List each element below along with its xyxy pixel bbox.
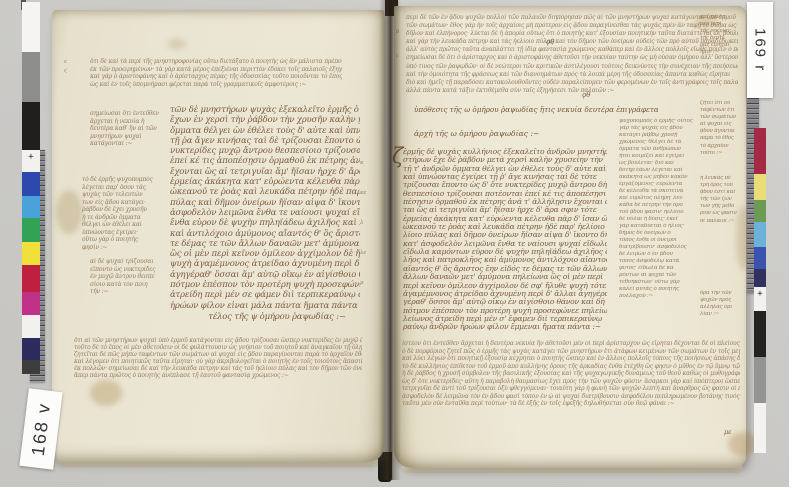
left-folio-text: 168 v: [27, 401, 54, 457]
manuscript-line: τῶν σωμάτων: [700, 114, 744, 121]
left-page-168v: εϛ ὅτι δὲ καὶ τὰ περὶ τῆς μνηστηροφονίας…: [52, 10, 384, 462]
manuscript-line: ᾅδου ἐστὶ καὶ: [700, 189, 744, 196]
manuscript-line: ἀσφοδελὸν δὲ λειμῶνα τὸν ἐν ᾅδου φασὶ τό…: [402, 393, 740, 401]
manuscript-line: ταφέντων ἔτι: [700, 107, 744, 114]
digitized-manuscript-photo: εϛ ὅτι δὲ καὶ τὰ περὶ τῆς μνηστηροφονίας…: [0, 0, 800, 498]
commentary-column: ψυχοπομπὸς ὁ ἑρμῆς· οὗτοςγὰρ τὰς ψυχὰς ε…: [619, 118, 693, 338]
manuscript-line: ὠκεανοῦ τε ῥοὰς καὶ λευκάδα πέτρην ἠδὲ π…: [170, 187, 360, 197]
manuscript-line: ὡς βούλεται· διὸ καὶ: [619, 160, 693, 167]
manuscript-line: τρίζουσαι ἕποντο ὡς δ' ὅτε νυκτερίδες μυ…: [403, 181, 607, 189]
margin-scholia-c: ὅρα τὴν τῶνψυχῶν πρὸςἀλλήλας ὁμιλίαν :~: [700, 290, 744, 320]
manuscript-line: ζητεῖται δὲ πῶς μήπω ταφέντων τῶν σωμάτω…: [74, 351, 362, 358]
manuscript-line: αἱ δὲ ψυχαὶ τρίζουσαι: [90, 258, 176, 266]
manuscript-line: τε δέμας τε τῶν ἄλλων δαναῶν μετ' ἀμύμον…: [170, 239, 360, 249]
manuscript-line: τήν :~: [90, 288, 176, 296]
manuscript-line: τῆς τῶν ζών: [700, 196, 744, 203]
manuscript-line: κ: [360, 148, 374, 178]
manuscript-line: κατ' ἀσφοδελὸν λειμῶνα ἔνθα τε ναίουσι ψ…: [403, 240, 607, 248]
calibration-patch-cyan: [22, 196, 40, 218]
manuscript-line: τῶν δὲ μνηστήρων ψυχὰς ἐξεκαλεῖτο ἑρμῆς …: [170, 105, 360, 115]
manuscript-line: ἀλλήλας ὁμι: [700, 304, 744, 311]
calibration-patch-gray: [754, 357, 766, 403]
right-page-169r: δε περὶ δὲ τῶν ἐν ᾅδου ψυχῶν πολλοὶ τῶν …: [394, 6, 746, 468]
manuscript-line: δὲ πύλαι ἡ δύσις· ἐκεῖ: [619, 216, 693, 223]
manuscript-line: δῆμος δὲ ὀνείρων ὁ: [619, 230, 693, 237]
manuscript-line: ὅτι δὲ καὶ τὰ περὶ τῆς μνηστηροφονίας οὕ…: [90, 58, 342, 66]
manuscript-line: λῆος καὶ πατροκλῆος καὶ ἀμύμονος ἀντιλόχ…: [403, 256, 607, 264]
manuscript-line: ὁ δὲ πορφύριος ζητεῖ πῶς ὁ ἑρμῆς τὰς ψυχ…: [402, 348, 740, 356]
manuscript-line: μὲν περὶ: [700, 21, 744, 28]
manuscript-line: ἄρχεται ἡ νεκυία ἡ: [90, 118, 176, 126]
stain: [90, 380, 122, 406]
calibration-patch-red: [754, 128, 766, 174]
left-color-calibration-strip: +: [22, 2, 40, 374]
stain: [56, 190, 82, 234]
manuscript-line: λέγεται παρ' ὅσον τὰς: [82, 184, 168, 192]
manuscript-line: εἴδωλα καμόντων εὗρον δὲ ψυχὴν πηληϊάδεω…: [403, 248, 607, 256]
calibration-patch-blue: [22, 172, 40, 196]
manuscript-line: ὄμματα θέλγει ὧν ἐθέλει τοὺς δ' αὖτε καὶ…: [170, 126, 360, 136]
margin-scholia-e: καὶ ταῦταμὲν περὶτῆς νεκυίαςτῆς δευτέρας…: [700, 14, 744, 58]
manuscript-line: δοτὴρ ἐάων λέγεται καὶ: [619, 167, 693, 174]
manuscript-line: ὅρα τὴν τῶν: [700, 290, 744, 297]
right-folio-label: 169 r: [747, 2, 773, 98]
manuscript-line: δὲ κέλευθα τὰ σκοτεινὰ: [619, 188, 693, 195]
manuscript-line: τρη ὅρος τοῦ: [700, 182, 744, 189]
right-folio-text: 169 r: [752, 28, 769, 72]
manuscript-line: ψυχὰς τῶν τελευτών: [82, 191, 168, 199]
manuscript-line: ἤτοι κοιμίζει καὶ ἐγείρει: [619, 153, 693, 160]
manuscript-line: σημείωσαι δὲ ὅτι ὁ ἀρίσταρχος καὶ ὁ ἀρισ…: [406, 54, 738, 62]
manuscript-line: εἵποντο ὡς νυκτερίδες: [90, 266, 176, 274]
manuscript-line: καὶ ἀντιλόχοιο ἀμύμονος αἴαντός θ' ὃς ἄρ…: [170, 229, 360, 239]
manuscript-line: γέραθ' ὅσσοι ἅμ' αὐτῷ οἴκῳ ἐν αἰγίσθοιο …: [403, 298, 607, 306]
manuscript-line: θέλγει ὧν ἐθέλει καὶ: [82, 221, 168, 229]
calibration-patch-gray: [22, 52, 40, 102]
manuscript-line: ζήτει ὅτι οὐ: [700, 100, 744, 107]
margin-scholia-b: τὸ δὲ ἑρμῆς ψυχοπομπὸςλέγεται παρ' ὅσον …: [82, 176, 168, 250]
manuscript-line: μνηστήρων ψυχαὶ: [90, 133, 176, 141]
manuscript-line: ὡς δ' ὅτε νυκτερίδες· αὕτη ἡ παραβολὴ θα…: [402, 378, 740, 386]
manuscript-line: λε: [360, 238, 374, 268]
manuscript-line: ἑρμείας ἀκάκητα κατ' εὐρώεντα κέλευθα πὰ…: [403, 215, 607, 223]
quire-mark: με: [724, 428, 740, 436]
manuscript-line: αἱ ψυχαὶ εἰς: [700, 121, 744, 128]
manuscript-line: τόπος ἀσφοδέλῳ κατά: [619, 258, 693, 265]
manuscript-line: μόντων αἱ ψυχαὶ τῶν: [619, 272, 693, 279]
manuscript-line: ᾅδου ἄγονται: [700, 128, 744, 135]
manuscript-line: ἡμῖν :~: [700, 49, 744, 56]
manuscript-line: καὶ ταῦτα: [700, 14, 744, 21]
manuscript-line: φυτος· εἴδωλα δὲ κα: [619, 265, 693, 272]
manuscript-line: ριον ὥς φασιν: [700, 210, 744, 217]
manuscript-line: ἐκ πολλῶν· σημείωσαι δὲ καὶ τὴν λευκάδα …: [74, 365, 362, 372]
calibration-patch-navy: [754, 269, 766, 287]
manuscript-line: διὸ καὶ ἡμεῖς τῇ παραδόσει κατακολουθοῦν…: [406, 79, 738, 87]
manuscript-line: τῇ τ' ἀνδρῶν ὄμματα θέλγει ὧν ἐθέλει τοὺ…: [403, 165, 607, 173]
manuscript-line: τὸ δὲ κυλλήνιος ἐπίθετον τοῦ ἑρμοῦ ἀπὸ κ…: [402, 363, 740, 371]
calibration-patch-red: [22, 265, 40, 292]
manuscript-line: ἡρώων φίλον εἶναι μάλα πάντα ἤματα πάντα…: [170, 301, 360, 311]
top-scholia-block: ὅτι δὲ καὶ τὰ περὶ τῆς μνηστηροφονίας οὕ…: [90, 58, 342, 89]
manuscript-line: καὶ γὰρ τὴν λευκάδα πέτρην καὶ τὰς ἠελίο…: [406, 38, 738, 46]
manuscript-line: λείωνος ἀτρείδη περὶ μέν σ' ἔφαμεν διὶ τ…: [403, 315, 607, 323]
paragraph-marks: εϛ: [64, 58, 74, 76]
manuscript-line: ὑπό τινος τῶν ῥαψῳδῶν· οἱ δὲ νεώτεροι τῶ…: [406, 63, 738, 71]
manuscript-line: ὅτι αἱ τῶν μνηστήρων ψυχαὶ ὑπὸ ἑρμοῦ κατ…: [74, 337, 362, 344]
calibration-patch-cyan: [754, 222, 766, 247]
manuscript-line: καὶ γὰρ ὁ ἀριστοφάνης καὶ ὁ ἀρίσταρχος π…: [90, 73, 342, 81]
manuscript-line: καὶ λύει λέγων ὅτι ποιητικῇ ἐξουσίᾳ κέχρ…: [402, 355, 740, 363]
manuscript-line: ὣς οἱ μὲν περὶ κεῖνον ὁμίλεον ἀγχίμολον …: [170, 249, 360, 259]
manuscript-line: καὶ ὑπνώοντας ἐγείρει τῇ ῥ' ἄγε κινήσας …: [403, 173, 607, 181]
manuscript-line: ὠκεανοῦ τε ῥοὰς καὶ λευκάδα πέτρην ἠδὲ π…: [403, 223, 607, 231]
main-text-block: ἑρμῆς δὲ ψυχὰς κυλλήνιος ἐξεκαλεῖτο ἀνδρ…: [403, 148, 607, 332]
manuscript-line: πολλαχοῦ :~: [619, 293, 693, 300]
manuscript-line: καὶ τὴν ὁμοιότητα τῆς φράσεως καὶ τῶν δι…: [406, 71, 738, 79]
manuscript-line: σημείωσαι ὅτι ἐντεῦθεν: [90, 110, 176, 118]
manuscript-line: ἐπεί κέ τις ἀποπέσῃσιν ὁρμαθοῦ ἐκ πέτρης…: [170, 156, 360, 166]
top-scholia-block: περὶ δὲ τῶν ἐν ᾅδου ψυχῶν πολλοὶ τῶν παλ…: [406, 14, 738, 96]
closing-line: τέλος τῆς ψ ὁμήρου ῥαψωδίας :~: [202, 312, 352, 324]
manuscript-line: ᾗ τε ἀνδρῶν ὄμματα: [82, 214, 168, 222]
inner-margin-marks: κκελλεμ: [360, 148, 374, 303]
manuscript-line: ται ὣς αἱ τετριγυῖαι ἅμ' ἤϊσαν ἦρχε δ' ἄ…: [403, 206, 607, 214]
manuscript-line: ὄμματα τῶν ἀνθρώπων: [619, 146, 693, 153]
manuscript-line: τόπος ἔνθα οἱ ὄνειροι: [619, 237, 693, 244]
manuscript-line: τὸ δὲ ἑρμῆς ψυχοπομπὸς: [82, 176, 168, 184]
bottom-scholia-block: ἰστέον ὅτι ἐντεῦθεν ἄρχεται ἡ δευτέρα νε…: [402, 340, 740, 408]
manuscript-line: ῥάβδον δὲ ἔχει χρυσῆν: [82, 206, 168, 214]
manuscript-line: πέσῃσιν ὁρμαθοῦ ἐκ πέτρης ἀνά τ' ἀλλήλῃσ…: [403, 198, 607, 206]
manuscript-line: περὶ δὲ τῶν ἐν ᾅδου ψυχῶν πολλοὶ τῶν παλ…: [406, 14, 738, 22]
manuscript-line: πότμον ἐπέσπον τὸν προτέρη ψυχὴ προσεφών…: [403, 307, 607, 315]
folio-number-ornament: ϙθ: [546, 38, 554, 46]
manuscript-line: θεσπεσίοιο τρίζουσαι ποτέονται ἐπεί κέ τ…: [403, 190, 607, 198]
manuscript-line: ἑρμείας ἀκάκητα κατ' εὐρώεντα κέλευθα πὰ…: [170, 177, 360, 187]
manuscript-line: κε: [360, 178, 374, 208]
manuscript-line: ἐν μυχῷ ἄντρου θεσπε: [90, 273, 176, 281]
manuscript-line: τεθνηκότων· οὕτω γὰρ: [619, 279, 693, 286]
manuscript-line: τῇ ῥα ἄγεν κινήσας ταὶ δὲ τρίζουσαι ἕπον…: [170, 136, 360, 146]
manuscript-line: ἀγαμέμνονος ἀτρείδαο ἀχνυμένη περὶ δ' ἄλ…: [403, 290, 607, 298]
margin-scholia-a: σημείωσαι ὅτι ἐντεῦθενἄρχεται ἡ νεκυία ἡ…: [90, 110, 176, 148]
calibration-patch-dark-gray: [22, 360, 40, 374]
manuscript-line: λίαν :~: [700, 311, 744, 318]
manuscript-line: φησίν :~: [82, 244, 168, 251]
manuscript-line: τῆς δευτέ: [700, 35, 744, 42]
stain: [168, 38, 186, 50]
heading-incipit: ἀρχὴ τῆς ω ὁμήρου ῥαψωδίας :~: [414, 129, 584, 138]
manuscript-line: καλεῖ αὐτὰς ὁ ποιητὴς: [619, 286, 693, 293]
manuscript-line: πότμον ἐπέσπον τὸν προτέρη ψυχὴ προσεφών…: [170, 280, 360, 290]
margin-scholia-a: ζήτει ὅτι οὐταφέντων ἔτιτῶν σωμάτωναἱ ψυ…: [700, 100, 744, 160]
manuscript-line: μ: [360, 268, 374, 298]
manuscript-line: κάδα δὲ πέτρην τὴν πρὸ: [619, 202, 693, 209]
calibration-patch-magenta: [22, 292, 40, 315]
manuscript-line: των γῆς μεθό: [700, 203, 744, 210]
gutter-shadow: [379, 0, 401, 480]
manuscript-line: τῆς νεκυίας: [700, 28, 744, 35]
manuscript-line: καὶ λέγομεν ὅτι ποιητικῶς ταῦτα εἴρηται·…: [74, 358, 362, 365]
manuscript-line: νυκτερίδες μυχῷ ἄντρου θεσπεσίοιο τρίζου…: [170, 146, 360, 156]
manuscript-line: πύλας καὶ δῆμον ὀνείρων ἤϊσαν αἶψα δ' ἵκ…: [170, 198, 360, 208]
manuscript-line: ἀγηγέραθ' ὅσσαι ἅμ' αὐτῷ οἴκῳ ἐν αἰγίσθο…: [170, 270, 360, 280]
manuscript-line: κατάγει ῥάβδῳ χρυσῇ: [619, 132, 693, 139]
manuscript-line: ἀκάκητα ὡς μηδὲν κακὸν: [619, 174, 693, 181]
manuscript-line: τοῦτο δὲ τὸ ἔπος οἱ μὲν ἀθετοῦσιν οἱ δὲ …: [74, 344, 362, 351]
heading-hypothesis: ὑπόθεσις τῆς ω ὁμήρου ῥαψωδίας ἥτις νεκυ…: [414, 105, 658, 114]
manuscript-line: ἔνθα εὗρον δὲ ψυχὴν πηληϊάδεω ἀχιλῆος κα…: [170, 218, 360, 228]
manuscript-line: ἰστέον ὅτι ἐντεῦθεν ἄρχεται ἡ δευτέρα νε…: [402, 340, 740, 348]
manuscript-line: γὰρ τὰς ψυχὰς εἰς ᾅδου: [619, 125, 693, 132]
manuscript-line: διατρίβουσιν· ἀσφοδελὸς: [619, 244, 693, 251]
manuscript-line: λίοιο πύλας καὶ δῆμον ὀνείρων ἤϊσαν αἶψα…: [403, 231, 607, 239]
manuscript-line: ἐκ τῶν προειρημένων· τὰ γὰρ κατὰ μέρος ἐ…: [90, 66, 342, 74]
manuscript-line: ἔχων ἐν χερσὶ τὴν ῥάβδον τὴν χρυσῆν καλὴ…: [170, 115, 360, 125]
main-text-block: τῶν δὲ μνηστήρων ψυχὰς ἐξεκαλεῖτο ἑρμῆς …: [170, 105, 360, 313]
calibration-patch-olive-green: [754, 200, 766, 222]
manuscript-line: σίοιο κατὰ τὸν ποιη: [90, 281, 176, 289]
manuscript-line: ταῦτα μὲν οὖν ἐνταῦθα περὶ τούτων· τὰ δὲ…: [402, 400, 740, 408]
manuscript-line: ραύνῳ ἀνδρῶν ἡρώων φίλον ἔμμεναι ἤματα π…: [403, 323, 607, 331]
manuscript-line: ἡ δὲ ῥάβδος ἡ χρυσῆ σύμβολον τῆς βασιλικ…: [402, 370, 740, 378]
calibration-patch-white: [754, 403, 766, 453]
manuscript-line: τῶν σωμάτων· ἔθος γὰρ ἦν τοῖς ἀρχαίοις μ…: [406, 22, 738, 30]
manuscript-line: ἑρμῆς δὲ ψυχὰς κυλλήνιος ἐξεκαλεῖτο ἀνδρ…: [403, 148, 607, 156]
calibration-patch-white: [22, 2, 40, 52]
manuscript-line: τὸ ἀρχαῖον: [700, 143, 744, 150]
calibration-patch-navy: [22, 338, 40, 360]
manuscript-line: των εἰς ᾅδου κατάγει·: [82, 199, 168, 207]
manuscript-line: παρὰ τὸ ἔθος: [700, 135, 744, 142]
calibration-patch-cross-white: +: [754, 287, 766, 311]
manuscript-line: ἅπερ πάντα πρῶτος ὁ ποιητὴς ἀνέπλασε τῇ …: [74, 372, 362, 379]
manuscript-line: ἀλλὰ πάντα κατὰ τάξιν ἐκτιθέμεθα σὺν ταῖ…: [406, 87, 738, 95]
manuscript-line: ϛ: [64, 67, 74, 76]
manuscript-line: ψυχὴ ἀγαμέμνονος ἀτρείδαο ἀχνυμένη περὶ …: [170, 259, 360, 269]
manuscript-line: δῆλον καὶ ἐλπήνορος· λύεται δὲ ἡ ἀπορία …: [406, 30, 738, 38]
calibration-patch-black: [22, 102, 40, 150]
manuscript-line: αἴαντός θ' ὃς ἄριστος ἔην εἶδός τε δέμας…: [403, 265, 607, 273]
margin-scholia-c: αἱ δὲ ψυχαὶ τρίζουσαιεἵποντο ὡς νυκτερίδ…: [90, 258, 176, 296]
calibration-patch-green: [22, 218, 40, 242]
manuscript-line: τετριγυῖαι δὲ ἀντὶ τοῦ τρίζουσαι ὀξὺ φθε…: [402, 385, 740, 393]
manuscript-line: τοῦ ᾅδου φασίν· ἠελίοιο: [619, 209, 693, 216]
manuscript-line: ὡς καὶ ἐν τοῖς ὑπομνήμασι φέρεται παρὰ τ…: [90, 81, 342, 89]
manuscript-line: ἔχονται ὣς αἱ τετριγυῖαι ἅμ' ἤϊσαν ἦρχε …: [170, 167, 360, 177]
manuscript-line: ἀσφοδελὸν λειμῶνα ἔνθα τε ναίουσι ψυχαί …: [170, 208, 360, 218]
margin-scholia-b: ἡ λευκὰς πέτρη ὅρος τοῦᾅδου ἐστὶ καὶτῆς …: [700, 175, 744, 227]
calibration-patch-white-2: [22, 315, 40, 338]
manuscript-line: γὰρ καταδύεται ὁ ἥλιος·: [619, 223, 693, 230]
manuscript-line: καὶ εὐρῶτος πλήρη· λευ: [619, 195, 693, 202]
calibration-patch-yellow: [22, 242, 40, 265]
calibration-patch-yellow: [754, 174, 766, 200]
right-color-calibration-strip: +: [754, 128, 766, 453]
manuscript-line: ψυχῶν πρὸς: [700, 297, 744, 304]
manuscript-line: χρώμενος· θέλγει δὲ τὰ: [619, 139, 693, 146]
manuscript-line: στήρων ἔχε δὲ ῥάβδον μετὰ χερσὶ καλὴν χρ…: [403, 156, 607, 164]
manuscript-line: περὶ κεῖνον ὁμίλεον ἀγχίμολον δέ σφ' ἤλυ…: [403, 282, 607, 290]
bottom-scholia-block: ὅτι αἱ τῶν μνηστήρων ψυχαὶ ὑπὸ ἑρμοῦ κατ…: [74, 337, 362, 380]
manuscript-line: ὑπνώοντας ἐγείρει·: [82, 229, 168, 237]
manuscript-line: δὲ λειμὼν ὁ ἐν ᾅδου: [619, 251, 693, 258]
manuscript-line: κατάγονται :~: [90, 140, 176, 148]
manuscript-line: ε: [64, 58, 74, 67]
manuscript-line: ἐργαζόμενος· εὐρώεντα: [619, 181, 693, 188]
manuscript-line: ἡ λευκὰς πέ: [700, 175, 744, 182]
calibration-patch-black: [754, 311, 766, 357]
manuscript-line: ψυχοπομπὸς ὁ ἑρμῆς· οὗτος: [619, 118, 693, 125]
manuscript-line: δευτέρα καθ' ἥν αἱ τῶν: [90, 125, 176, 133]
manuscript-line: ρας εἴρηται: [700, 42, 744, 49]
heading-ornament: ϙθ: [582, 91, 590, 99]
calibration-patch-cross-white: +: [22, 150, 40, 172]
manuscript-line: ἄλλων δαναῶν μετ' ἀμύμονα πηλείωνα ὣς οἱ…: [403, 273, 607, 281]
manuscript-line: ἀλλ' αὐτὸς πρῶτος ταῦτα ἀναπλάττει τῇ ἰδ…: [406, 46, 738, 54]
manuscript-line: οὕτω γὰρ ὁ ποιητὴς: [82, 236, 168, 244]
manuscript-line: λ: [360, 208, 374, 238]
calibration-patch-blue: [754, 247, 766, 269]
manuscript-line: τοῦτο :~: [700, 150, 744, 157]
manuscript-line: οἱ παλαιοί :~: [700, 218, 744, 225]
manuscript-line: ἀτρείδη περὶ μέν σε φάμεν διὶ τερπικεραύ…: [170, 290, 360, 300]
